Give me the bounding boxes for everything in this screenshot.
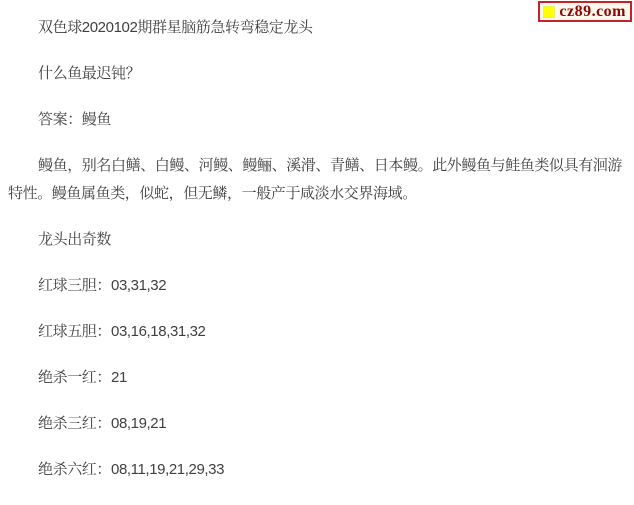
kill-six-red: 绝杀六红：08,11,19,21,29,33 [8, 456, 626, 484]
kill-one-red: 绝杀一红：21 [8, 364, 626, 392]
riddle-question: 什么鱼最迟钝？ [8, 60, 626, 88]
article-content: 双色球2020102期群星脑筋急转弯稳定龙头 什么鱼最迟钝？ 答案：鳗鱼 鳗鱼，… [0, 0, 634, 484]
riddle-answer: 答案：鳗鱼 [8, 106, 626, 134]
logo-text: cz89.com [559, 4, 626, 20]
site-logo-cz89[interactable]: cz89.com [538, 1, 632, 22]
red-ball-five-dan: 红球五胆：03,16,18,31,32 [8, 318, 626, 346]
kill-three-red: 绝杀三红：08,19,21 [8, 410, 626, 438]
yellow-square-icon [543, 6, 555, 18]
eel-description: 鳗鱼，别名白鳝、白鳗、河鳗、鳗鲡、溪滑、青鳝、日本鳗。此外鳗鱼与鲑鱼类似具有洄游… [8, 152, 626, 208]
section-heading-dragon-head: 龙头出奇数 [8, 226, 626, 254]
red-ball-three-dan: 红球三胆：03,31,32 [8, 272, 626, 300]
article-title: 双色球2020102期群星脑筋急转弯稳定龙头 [8, 14, 626, 42]
